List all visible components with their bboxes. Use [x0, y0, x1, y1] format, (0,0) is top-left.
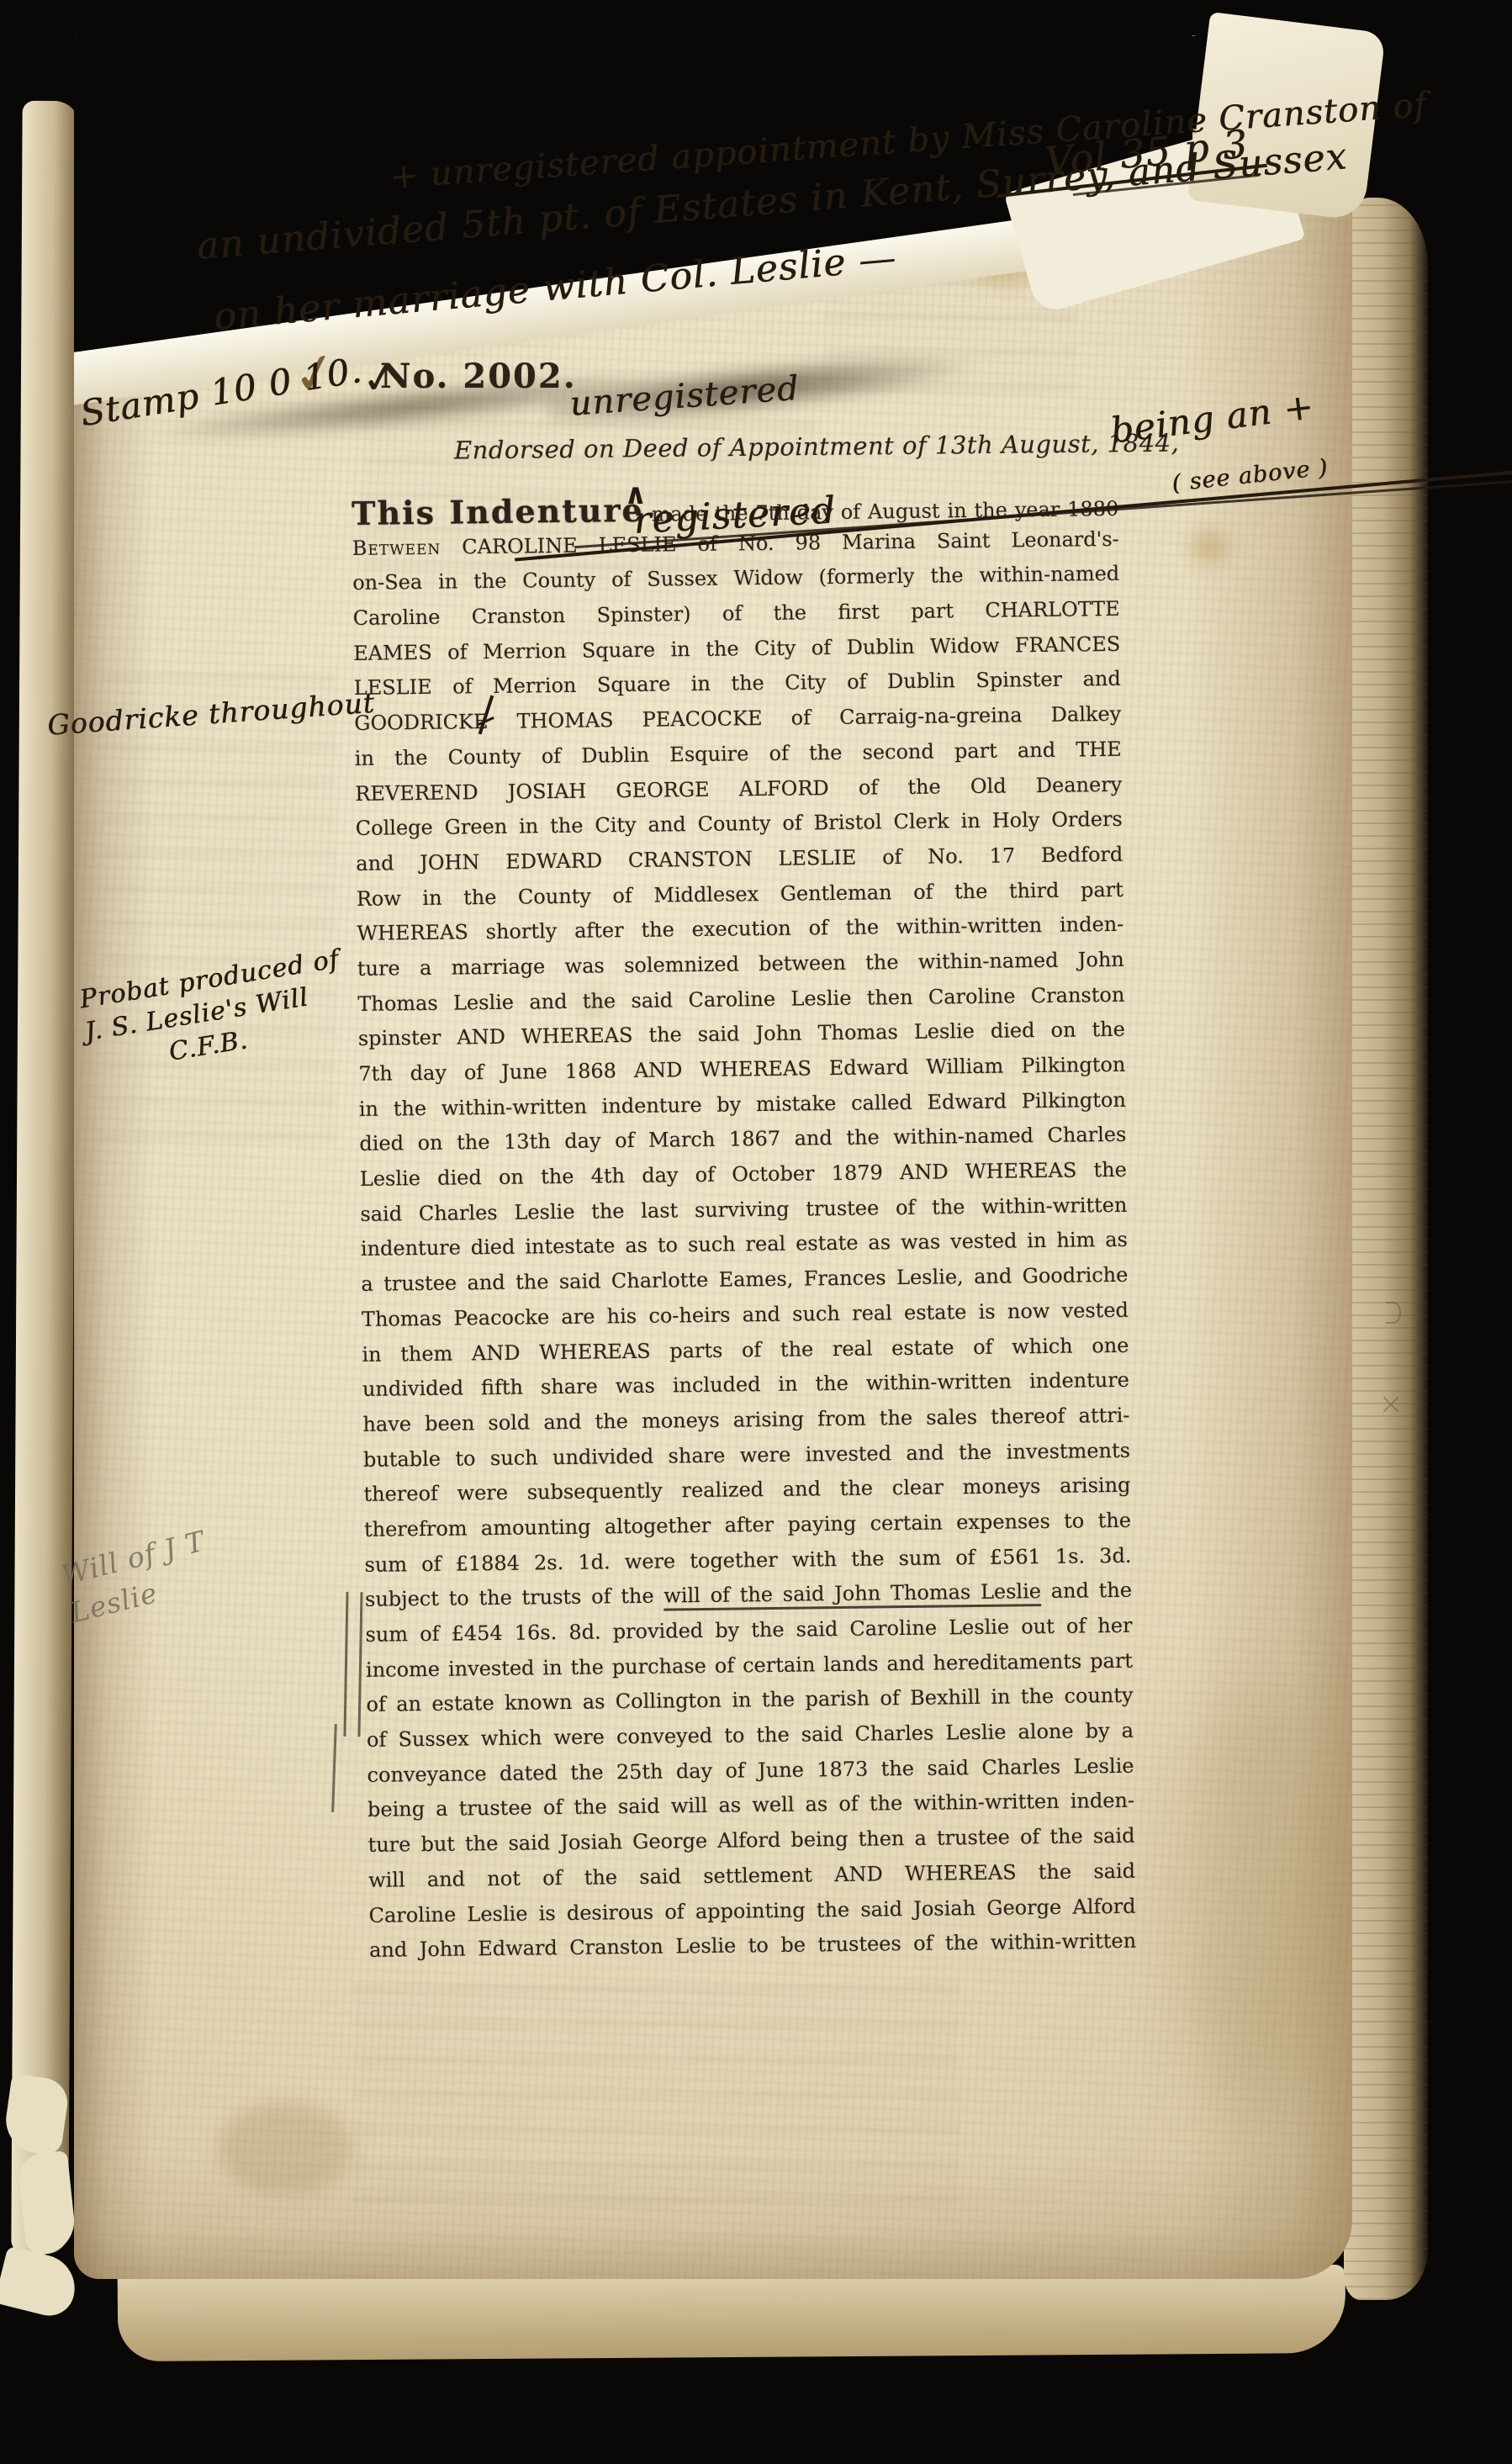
paper-stain	[1160, 1682, 1345, 2102]
underlying-page-edge	[118, 2265, 1346, 2361]
checkmark: ✓	[358, 351, 402, 405]
torn-paper-fragment	[17, 2150, 77, 2256]
pencil-edge-mark	[1386, 1302, 1401, 1324]
letter-k-insertion-mark	[476, 695, 498, 737]
previous-page-sliver	[11, 101, 79, 2254]
ink-bleedthrough	[353, 1985, 959, 2203]
pencil-double-bar	[344, 1592, 363, 1737]
pencil-edge-cross	[1381, 1394, 1401, 1414]
document-number: No. 2002.	[380, 357, 577, 396]
book-fore-edge	[1344, 198, 1428, 2300]
pencil-underlined-phrase: will of the said John Thomas Leslie	[663, 1579, 1041, 1610]
paper-stain	[1190, 530, 1229, 563]
photographed-deed-page: Vol 35 p 3 + unregistered appointment by…	[0, 0, 1512, 2464]
indenture-body-text: This Indenture made the 7th day of Augus…	[352, 487, 1136, 1969]
torn-paper-fragment	[0, 2245, 82, 2321]
gothic-opening-words: This Indenture	[352, 491, 644, 532]
small-caps-word: Between	[352, 535, 441, 559]
paper-stain	[219, 2102, 353, 2195]
